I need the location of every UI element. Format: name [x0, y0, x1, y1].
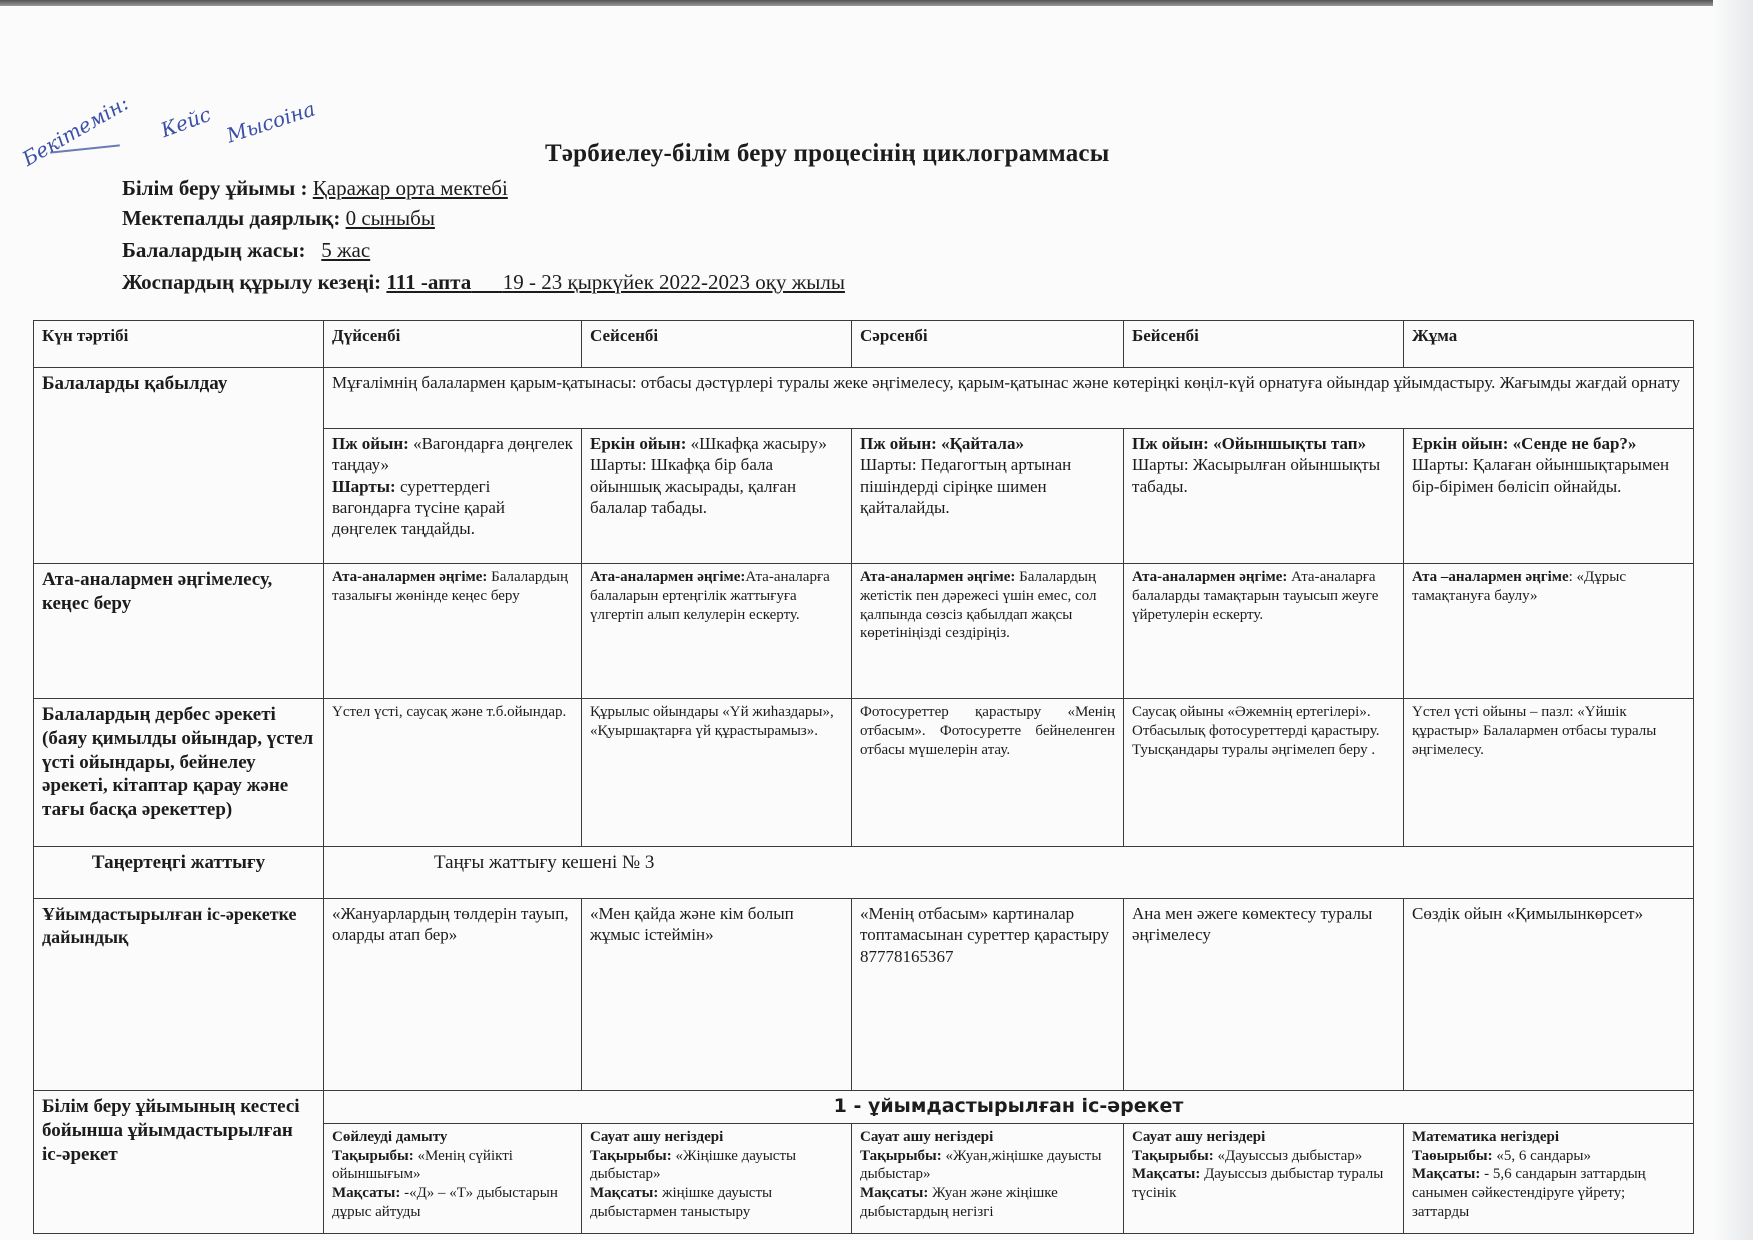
- game-name: «Шкафқа жасыру»: [686, 434, 826, 453]
- independent-cell-tuesday: Құрылыс ойындары «Үй жиһаздары», «Қуырша…: [582, 699, 852, 847]
- topic-label: Тақырыбы:: [590, 1148, 672, 1164]
- prep-cell-thursday: Ана мен әжеге көмектесу туралы әңгімелес…: [1124, 899, 1404, 1091]
- meta-period: Жоспардың құрылу кезеңі: 111 -апта 19 - …: [122, 270, 845, 295]
- cyclogram-table: Күн тәртібі Дүйсенбі Сейсенбі Сәрсенбі Б…: [33, 320, 1694, 1234]
- table-row-morning: Таңертеңгі жаттығу Таңғы жаттығу кешені …: [34, 847, 1694, 899]
- meta-value: 111 -апта: [386, 270, 471, 294]
- organized-cell-tuesday: Сауат ашу негіздеріТақырыбы: «Жіңішке да…: [582, 1123, 852, 1233]
- meta-dates: 19 - 23 қыркүйек 2022-2023 оқу жылы: [503, 270, 845, 294]
- header-friday: Жұма: [1404, 321, 1694, 368]
- row-label-reception: Балаларды қабылдау: [34, 368, 324, 564]
- game-cell-friday: Еркін ойын: «Сенде не бар?»Шарты: Қалаға…: [1404, 429, 1694, 564]
- organized-cell-monday: Сөйлеуді дамытуТақырыбы: «Менің сүйікті …: [324, 1123, 582, 1233]
- organized-cell-thursday: Сауат ашу негіздеріТақырыбы: «Дауыссыз д…: [1124, 1123, 1404, 1233]
- cell-head: Ата-аналармен әңгіме:: [860, 569, 1015, 585]
- meta-label: Білім беру ұйымы :: [122, 176, 313, 200]
- meta-organization: Білім беру ұйымы : Қаражар орта мектебі: [122, 176, 508, 201]
- table-row-prep: Ұйымдастырылған іс-әрекетке дайындық «Жа…: [34, 899, 1694, 1091]
- topic-label: Тақырыбы:: [332, 1148, 414, 1164]
- header-wednesday: Сәрсенбі: [852, 321, 1124, 368]
- parents-cell-monday: Ата-аналармен әңгіме: Балалардың тазалығ…: [324, 564, 582, 699]
- parents-cell-wednesday: Ата-аналармен әңгіме: Балалардың жетісті…: [852, 564, 1124, 699]
- independent-cell-friday: Үстел үсті ойыны – пазл: «Үйшік құрастыр…: [1404, 699, 1694, 847]
- game-cond: Шарты: Педагогтың артынан пішіндерді сір…: [860, 455, 1071, 517]
- table-row-reception-intro: Балаларды қабылдау Мұғалімнің балалармен…: [34, 368, 1694, 429]
- meta-value: 0 сыныбы: [346, 206, 435, 230]
- subject: Математика негіздері: [1412, 1129, 1559, 1145]
- row-label-organized: Білім беру ұйымының кестесі бойынша ұйым…: [34, 1091, 324, 1234]
- meta-label: Жоспардың құрылу кезеңі:: [122, 270, 386, 294]
- morning-merged-cell: Таңғы жаттығу кешені № 3: [324, 847, 1694, 899]
- topic-label: Таөырыбы:: [1412, 1148, 1493, 1164]
- header-monday: Дүйсенбі: [324, 321, 582, 368]
- topic-label: Тақырыбы:: [860, 1148, 942, 1164]
- parents-cell-thursday: Ата-аналармен әңгіме: Ата-аналарға балал…: [1124, 564, 1404, 699]
- game-title: Пж ойын:: [332, 434, 409, 453]
- independent-cell-wednesday: Фотосуреттер қарастыру «Менің отбасым». …: [852, 699, 1124, 847]
- goal-label: Мақсаты:: [590, 1185, 658, 1201]
- game-cell-tuesday: Еркін ойын: «Шкафқа жасыру»Шарты: Шкафқа…: [582, 429, 852, 564]
- row-label-independent: Балалардың дербес әрекеті (баяу қимылды …: [34, 699, 324, 847]
- game-cond-label: Шарты:: [332, 477, 396, 496]
- table-row-organized-header: Білім беру ұйымының кестесі бойынша ұйым…: [34, 1091, 1694, 1124]
- topic: «Дауыссыз дыбыстар»: [1214, 1148, 1363, 1164]
- independent-cell-thursday: Саусақ ойыны «Әжемнің ертегілері». Отбас…: [1124, 699, 1404, 847]
- parents-cell-friday: Ата –аналармен әңгіме: «Дұрыс тамақтануғ…: [1404, 564, 1694, 699]
- game-cond: Шарты: Шкафқа бір бала ойыншық жасырады,…: [590, 455, 796, 517]
- cell-head: Ата-аналармен әңгіме:: [1132, 569, 1287, 585]
- game-title: Пж ойын: «Ойыншықты тап»: [1132, 434, 1366, 453]
- game-cell-wednesday: Пж ойын: «Қайтала»Шарты: Педагогтың арты…: [852, 429, 1124, 564]
- goal-label: Мақсаты:: [860, 1185, 928, 1201]
- parents-cell-tuesday: Ата-аналармен әңгіме:Ата-аналарға балала…: [582, 564, 852, 699]
- handwritten-approval: Бекітемін:: [18, 91, 133, 171]
- goal-label: Мақсаты:: [332, 1185, 400, 1201]
- table-row-independent: Балалардың дербес әрекеті (баяу қимылды …: [34, 699, 1694, 847]
- meta-value: Қаражар орта мектебі: [313, 176, 508, 200]
- cell-head: Ата-аналармен әңгіме:: [590, 569, 745, 585]
- goal-label: Мақсаты:: [1412, 1166, 1480, 1182]
- game-title: Еркін ойын: «Сенде не бар?»: [1412, 434, 1636, 453]
- reception-merged-cell: Мұғалімнің балалармен қарым-қатынасы: от…: [324, 368, 1694, 429]
- prep-cell-monday: «Жануарлардың төлдерін тауып, оларды ата…: [324, 899, 582, 1091]
- game-cond: Шарты: Қалаған ойыншықтарымен бір-біріме…: [1412, 455, 1669, 495]
- prep-cell-tuesday: «Мен қайда және кім болып жұмыс істеймін…: [582, 899, 852, 1091]
- subject: Сауат ашу негіздері: [1132, 1129, 1265, 1145]
- row-label-prep: Ұйымдастырылған іс-әрекетке дайындық: [34, 899, 324, 1091]
- meta-grade: Мектепалды даярлық: 0 сыныбы: [122, 206, 435, 231]
- game-title: Еркін ойын:: [590, 434, 686, 453]
- topic-label: Тақырыбы:: [1132, 1148, 1214, 1164]
- handwritten-name: Мысоіна: [224, 96, 318, 147]
- header-tuesday: Сейсенбі: [582, 321, 852, 368]
- prep-cell-wednesday: «Менің отбасым» картиналар топтамасынан …: [852, 899, 1124, 1091]
- handwritten-signature: Кейс: [157, 102, 214, 142]
- goal-label: Мақсаты:: [1132, 1166, 1200, 1182]
- table-row-parents: Ата-аналармен әңгімелесу, кеңес беру Ата…: [34, 564, 1694, 699]
- game-cond: Шарты: Жасырылған ойыншықты табады.: [1132, 455, 1380, 495]
- game-cell-thursday: Пж ойын: «Ойыншықты тап»Шарты: Жасырылға…: [1124, 429, 1404, 564]
- cell-head: Ата-аналармен әңгіме:: [332, 569, 487, 585]
- game-title: Пж ойын: «Қайтала»: [860, 434, 1024, 453]
- meta-label: Балалардың жасы:: [122, 238, 321, 262]
- table-header-row: Күн тәртібі Дүйсенбі Сейсенбі Сәрсенбі Б…: [34, 321, 1694, 368]
- prep-cell-friday: Сөздік ойын «Қимылынкөрсет»: [1404, 899, 1694, 1091]
- organized-subheader: 1 - ұйымдастырылған іс-әрекет: [324, 1091, 1694, 1124]
- header-schedule: Күн тәртібі: [34, 321, 324, 368]
- cell-head: Ата –аналармен әңгіме: [1412, 569, 1569, 585]
- row-label-morning: Таңертеңгі жаттығу: [34, 847, 324, 899]
- topic: «5, 6 сандары»: [1493, 1148, 1591, 1164]
- organized-cell-wednesday: Сауат ашу негіздеріТақырыбы: «Жуан,жіңіш…: [852, 1123, 1124, 1233]
- document-title: Тәрбиелеу-білім беру процесінің циклогра…: [545, 140, 1109, 168]
- meta-age: Балалардың жасы: 5 жас: [122, 238, 370, 263]
- subject: Сауат ашу негіздері: [590, 1129, 723, 1145]
- subject: Сауат ашу негіздері: [860, 1129, 993, 1145]
- scan-edge-top: [0, 0, 1753, 6]
- meta-label: Мектепалды даярлық:: [122, 206, 346, 230]
- header-thursday: Бейсенбі: [1124, 321, 1404, 368]
- row-label-parents: Ата-аналармен әңгімелесу, кеңес беру: [34, 564, 324, 699]
- scan-edge-right: [1713, 0, 1753, 1240]
- subject: Сөйлеуді дамыту: [332, 1129, 447, 1145]
- independent-cell-monday: Үстел үсті, саусақ және т.б.ойындар.: [324, 699, 582, 847]
- organized-cell-friday: Математика негіздеріТаөырыбы: «5, 6 санд…: [1404, 1123, 1694, 1233]
- meta-value: 5 жас: [321, 238, 370, 262]
- game-cell-monday: Пж ойын: «Вагондарға дөңгелек таңдау»Шар…: [324, 429, 582, 564]
